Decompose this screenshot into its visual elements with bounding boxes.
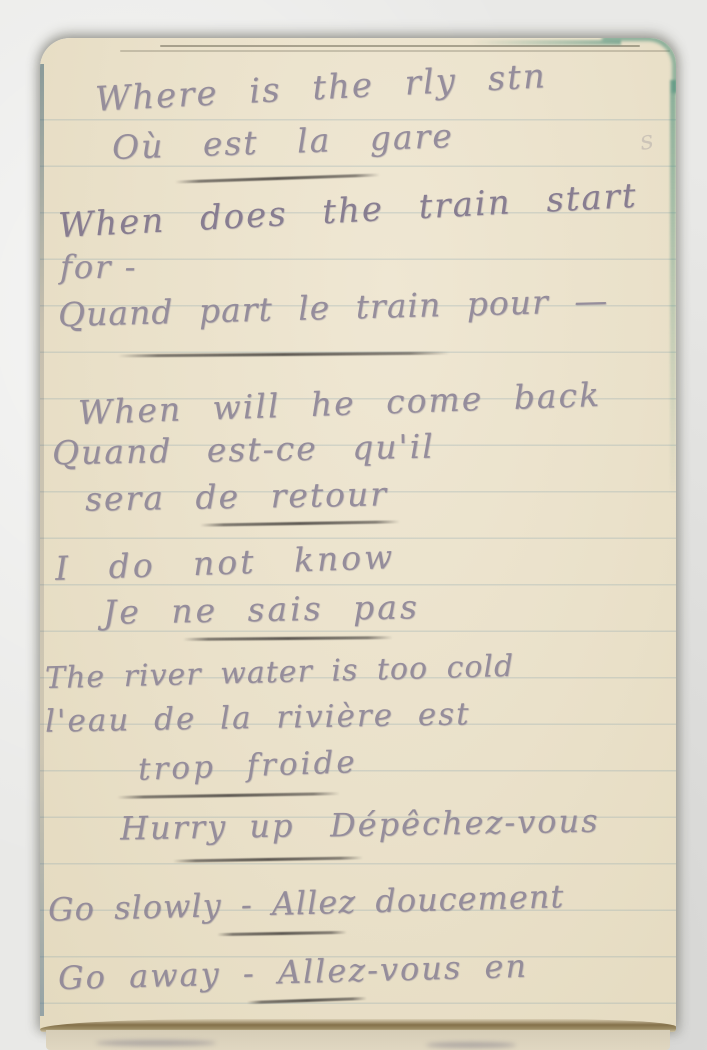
handwritten-line: trop froide xyxy=(137,744,358,788)
faint-writing-mark xyxy=(96,1040,216,1046)
left-page-edge xyxy=(40,64,44,1016)
faint-writing-mark xyxy=(426,1042,516,1048)
page-edge-line xyxy=(160,45,640,47)
handwritten-line: Hurry up xyxy=(120,806,295,847)
handwritten-line: l'eau de la rivière est xyxy=(45,696,471,739)
handwritten-line: for - xyxy=(60,248,137,286)
teal-edge-stain xyxy=(471,40,621,45)
next-page-sliver xyxy=(46,1030,670,1050)
page-edge-line xyxy=(120,50,670,52)
teal-edge-stain xyxy=(670,80,676,500)
handwritten-line: Je ne sais pas xyxy=(103,587,420,632)
handwritten-line: sera de retour xyxy=(85,474,389,518)
notebook-page: Where is the rly stn Où est la gare When… xyxy=(40,38,676,1032)
handwritten-line: Quand est-ce qu'il xyxy=(52,427,435,473)
handwritten-line: Dépêchez-vous xyxy=(330,802,600,845)
teal-corner-stain xyxy=(602,38,676,93)
